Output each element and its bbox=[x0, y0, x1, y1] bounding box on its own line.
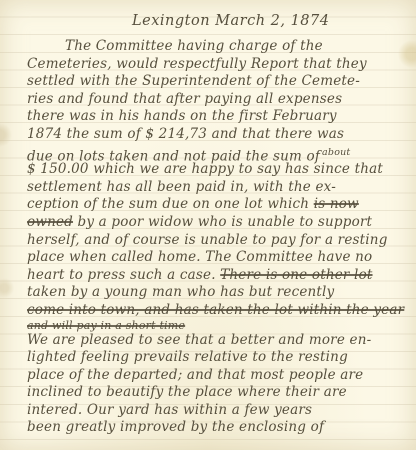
text-segment: place of the departed; and that most peo… bbox=[27, 367, 363, 383]
document-line: inclined to beautify the place where the… bbox=[27, 384, 406, 402]
document-line: place of the departed; and that most peo… bbox=[27, 367, 406, 385]
document-line: there was in his hands on the first Febr… bbox=[27, 108, 406, 126]
struck-text-segment: owned bbox=[27, 214, 73, 230]
text-segment: Cemeteries, would respectfully Report th… bbox=[27, 56, 367, 72]
text-segment: settlement has all been paid in, with th… bbox=[27, 179, 336, 195]
text-segment: ries and found that after paying all exp… bbox=[27, 91, 342, 107]
document-line: intered. Our yard has within a few years bbox=[27, 402, 406, 420]
document-line: settlement has all been paid in, with th… bbox=[27, 179, 406, 197]
text-segment: inclined to beautify the place where the… bbox=[27, 384, 347, 400]
document-line: We are pleased to see that a better and … bbox=[27, 332, 406, 350]
text-segment: intered. Our yard has within a few years bbox=[27, 402, 312, 418]
text-segment: We are pleased to see that a better and … bbox=[27, 332, 371, 348]
document-line: Cemeteries, would respectfully Report th… bbox=[27, 56, 406, 74]
document-line: heart to press such a case. There is one… bbox=[27, 267, 406, 285]
text-segment: 1874 the sum of $ 214,73 and that there … bbox=[27, 126, 344, 142]
struck-text-segment: There is one other lot bbox=[220, 267, 372, 283]
text-segment: settled with the Superintendent of the C… bbox=[27, 73, 360, 89]
document-line: ries and found that after paying all exp… bbox=[27, 91, 406, 109]
struck-text-segment: is now bbox=[314, 196, 359, 212]
struck-text-segment: and will pay in a short time bbox=[27, 319, 185, 332]
text-segment: $ 150.00 which we are happy to say has s… bbox=[27, 161, 383, 177]
document-line: place when called home. The Committee ha… bbox=[27, 249, 406, 267]
document-page: Lexington March 2, 1874 The Committee ha… bbox=[0, 0, 416, 450]
struck-text-segment: come into town, and has taken the lot wi… bbox=[27, 302, 404, 318]
text-segment: herself, and of course is unable to pay … bbox=[27, 232, 388, 248]
document-line: ception of the sum due on one lot which … bbox=[27, 196, 406, 214]
text-segment: there was in his hands on the first Febr… bbox=[27, 108, 337, 124]
text-segment: place when called home. The Committee ha… bbox=[27, 249, 372, 265]
text-segment: taken by a young man who has but recentl… bbox=[27, 284, 334, 300]
document-line: herself, and of course is unable to pay … bbox=[27, 232, 406, 250]
document-line: owned by a poor widow who is unable to s… bbox=[27, 214, 406, 232]
document-line: lighted feeling prevails relative to the… bbox=[27, 349, 406, 367]
document-line: been greatly improved by the enclosing o… bbox=[27, 419, 406, 437]
document-line: The Committee having charge of the bbox=[27, 38, 406, 56]
document-line: 1874 the sum of $ 214,73 and that there … bbox=[27, 126, 406, 144]
document-line: $ 150.00 which we are happy to say has s… bbox=[27, 161, 406, 179]
document-line: and will pay in a short time bbox=[27, 320, 406, 332]
text-segment: lighted feeling prevails relative to the… bbox=[27, 349, 348, 365]
text-segment: about bbox=[322, 147, 350, 158]
text-segment: heart to press such a case. bbox=[27, 267, 220, 283]
text-segment: been greatly improved by the enclosing o… bbox=[27, 419, 324, 435]
document-line: due on lots taken and not paid the sum o… bbox=[27, 144, 406, 162]
document-line: settled with the Superintendent of the C… bbox=[27, 73, 406, 91]
text-segment: by a poor widow who is unable to support bbox=[73, 214, 372, 230]
document-line: come into town, and has taken the lot wi… bbox=[27, 302, 406, 320]
date-line: Lexington March 2, 1874 bbox=[0, 0, 416, 29]
text-segment: The Committee having charge of the bbox=[65, 38, 323, 54]
text-segment: ception of the sum due on one lot which bbox=[27, 196, 314, 212]
document-body: The Committee having charge of theCemete… bbox=[0, 38, 416, 437]
document-line: taken by a young man who has but recentl… bbox=[27, 284, 406, 302]
